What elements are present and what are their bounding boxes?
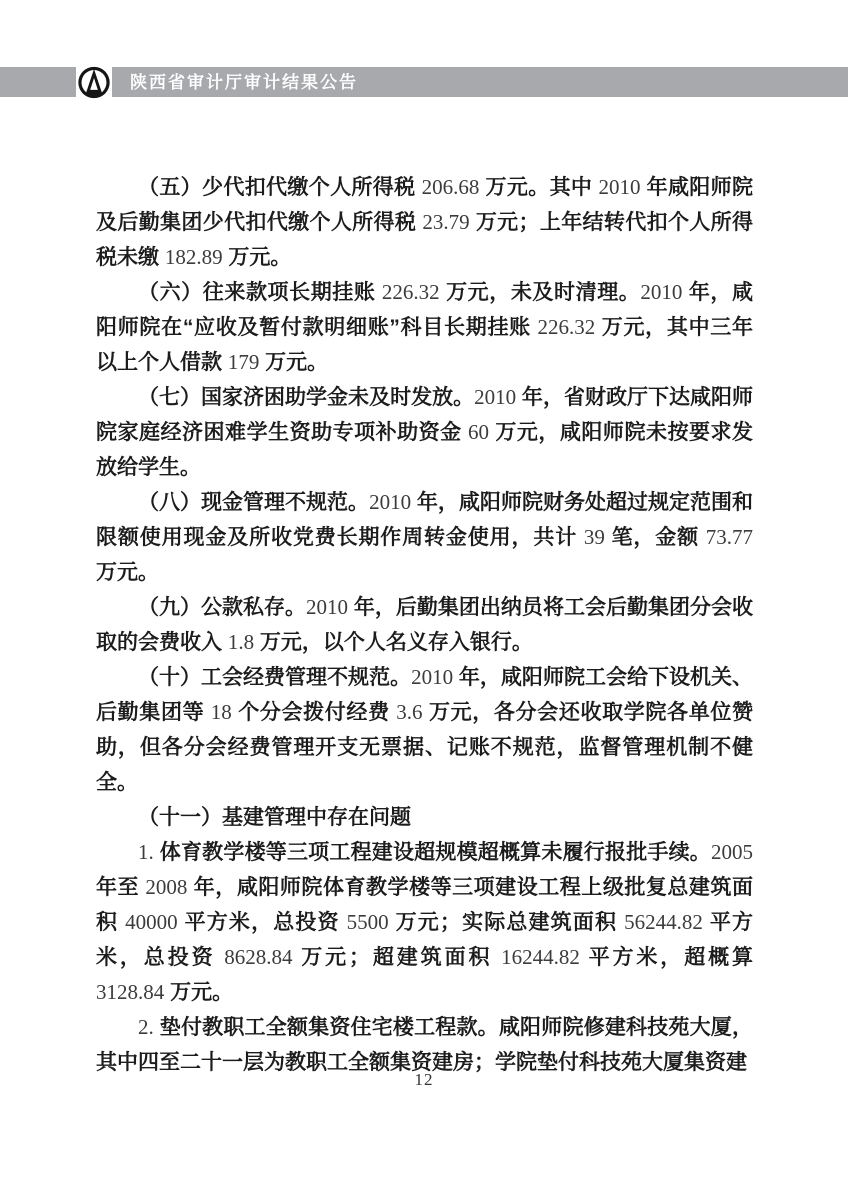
body-paragraph: （十）工会经费管理不规范。2010 年，咸阳师院工会给下设机关、后勤集团等 18…	[96, 660, 753, 800]
body-paragraph: （七）国家济困助学金未及时发放。2010 年，省财政厅下达咸阳师院家庭经济困难学…	[96, 380, 753, 485]
body-paragraph: （十一）基建管理中存在问题	[96, 800, 753, 835]
header-band	[0, 67, 848, 97]
audit-seal-icon	[78, 66, 110, 99]
body-paragraph: （九）公款私存。2010 年，后勤集团出纳员将工会后勤集团分会收取的会费收入 1…	[96, 590, 753, 660]
body-paragraph: （八）现金管理不规范。2010 年，咸阳师院财务处超过规定范围和限额使用现金及所…	[96, 485, 753, 590]
header-title: 陕西省审计厅审计结果公告	[130, 67, 358, 97]
body-paragraphs: （五）少代扣代缴个人所得税 206.68 万元。其中 2010 年咸阳师院及后勤…	[96, 170, 753, 1080]
body-paragraph: 1. 体育教学楼等三项工程建设超规模超概算未履行报批手续。2005 年至 200…	[96, 835, 753, 1010]
page-number: 12	[0, 1070, 848, 1090]
body-paragraph: （五）少代扣代缴个人所得税 206.68 万元。其中 2010 年咸阳师院及后勤…	[96, 170, 753, 275]
body-paragraph: （六）往来款项长期挂账 226.32 万元，未及时清理。2010 年，咸阳师院在…	[96, 275, 753, 380]
document-page: 陕西省审计厅审计结果公告 （五）少代扣代缴个人所得税 206.68 万元。其中 …	[0, 0, 848, 1200]
